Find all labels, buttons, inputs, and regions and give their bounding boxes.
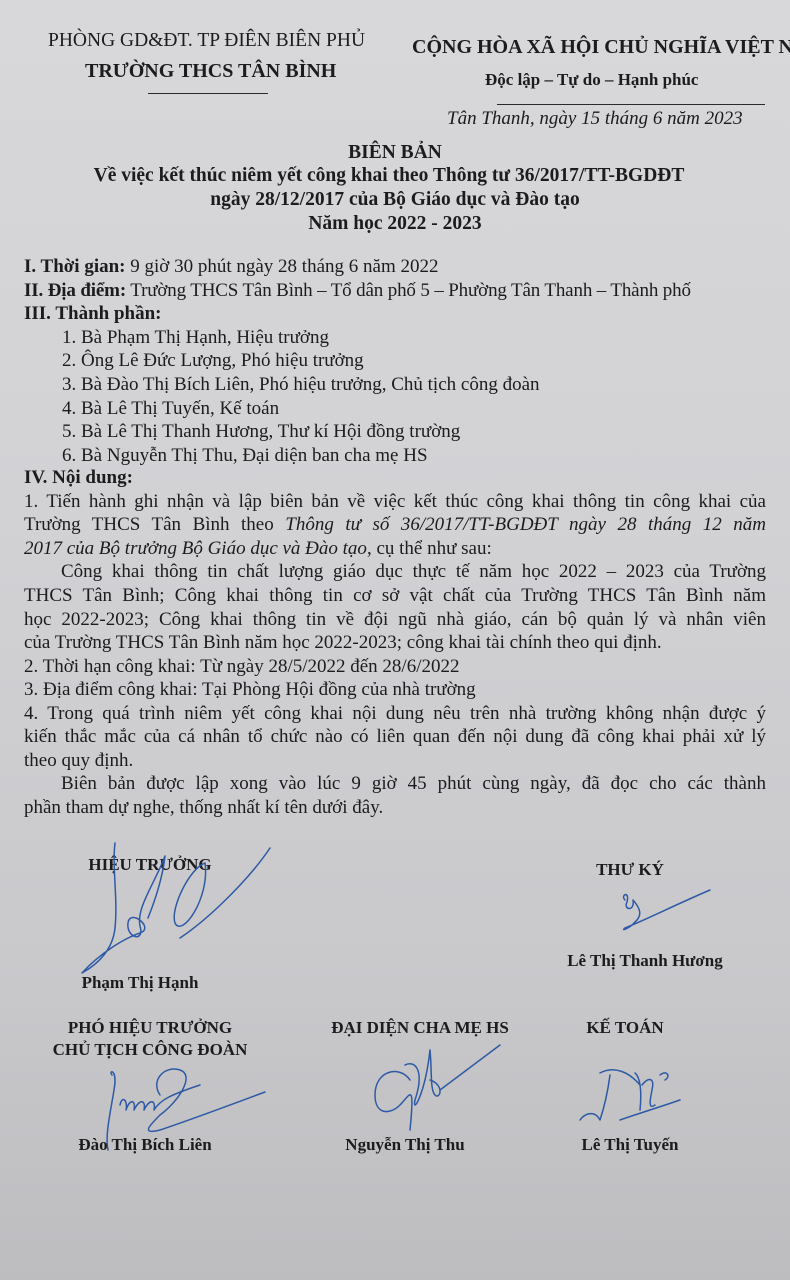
member-item: 2. Ông Lê Đức Lượng, Phó hiệu trưởng [62,350,364,372]
content-item-4-line: 4. Trong quá trình niêm yết công khai nộ… [24,703,766,725]
content-paragraph-2-line: THCS Tân Bình; Công khai thông tin cơ sở… [24,585,766,607]
member-item: 6. Bà Nguyễn Thị Thu, Đại diện ban cha m… [62,445,428,467]
secretary-signature [615,890,715,940]
content-paragraph-2-line: Công khai thông tin chất lượng giáo dục … [61,561,766,583]
parent-rep-signature [370,1040,520,1140]
department-name: PHÒNG GD&ĐT. TP ĐIÊN BIÊN PHỦ [48,30,365,52]
vice-principal-title-line-2: CHỦ TỊCH CÔNG ĐOÀN [20,1040,280,1060]
content-paragraph-1-line: 1. Tiến hành ghi nhận và lập biên bản về… [24,491,766,513]
content-paragraph-2-line: học 2022-2023; Công khai thông tin về độ… [24,609,766,631]
secretary-name: Lê Thị Thanh Hương [545,951,745,971]
circular-reference: Thông tư số 36/2017/TT-BGDĐT ngày 28 thá… [285,514,766,535]
section-time: I. Thời gian: 9 giờ 30 phút ngày 28 thán… [24,256,438,278]
principal-name: Phạm Thị Hạnh [60,973,220,993]
member-item: 1. Bà Phạm Thị Hạnh, Hiệu trưởng [62,327,329,349]
header-left-underline [148,93,268,94]
section-members-label: III. Thành phần: [24,303,162,325]
document-subject-date: ngày 28/12/2017 của Bộ Giáo dục và Đào t… [0,189,790,211]
member-item: 4. Bà Lê Thị Tuyến, Kế toán [62,398,279,420]
closing-line: phần tham dự nghe, thống nhất kí tên dướ… [24,797,766,819]
content-paragraph-1-line: 2017 của Bộ trưởng Bộ Giáo dục và Đào tạ… [24,538,766,560]
section-place-label: II. Địa điểm: [24,280,126,301]
closing-line: Biên bản được lập xong vào lúc 9 giờ 45 … [61,773,766,795]
principal-signature [70,838,280,983]
member-item: 3. Bà Đào Thị Bích Liên, Phó hiệu trưởng… [62,374,540,396]
section-content-label: IV. Nội dung: [24,467,133,489]
header-right-underline [497,104,765,105]
parent-rep-name: Nguyễn Thị Thu [320,1135,490,1155]
accountant-title: KẾ TOÁN [560,1018,690,1038]
place-date: Tân Thanh, ngày 15 tháng 6 năm 2023 [447,108,743,130]
content-paragraph-1-line: Trường THCS Tân Bình theo Thông tư số 36… [24,514,766,536]
national-motto: Độc lập – Tự do – Hạnh phúc [485,70,698,90]
accountant-name: Lê Thị Tuyến [555,1135,705,1155]
school-year: Năm học 2022 - 2023 [0,213,790,235]
content-item-3: 3. Địa điểm công khai: Tại Phòng Hội đồn… [24,679,476,701]
member-item: 5. Bà Lê Thị Thanh Hương, Thư kí Hội đồn… [62,421,460,443]
secretary-title: THƯ KÝ [560,860,700,880]
accountant-signature [580,1065,700,1125]
ministry-reference: 2017 của Bộ trưởng Bộ Giáo dục và Đào tạ… [24,538,367,559]
document-subject: Về việc kết thúc niêm yết công khai theo… [0,165,784,187]
section-place-value: Trường THCS Tân Bình – Tổ dân phố 5 – Ph… [126,280,691,301]
national-title: CỘNG HÒA XÃ HỘI CHỦ NGHĨA VIỆT NAM [412,36,790,59]
document-title: BIÊN BẢN [0,142,790,164]
section-place: II. Địa điểm: Trường THCS Tân Bình – Tổ … [24,280,691,302]
content-item-4-line: kiến thắc mắc của cá nhân tổ chức nào có… [24,726,766,748]
section-time-label: I. Thời gian: [24,256,126,277]
content-text: Trường THCS Tân Bình theo [24,514,285,535]
section-time-value: 9 giờ 30 phút ngày 28 tháng 6 năm 2022 [126,256,439,277]
vice-principal-name: Đào Thị Bích Liên [45,1135,245,1155]
document-page: PHÒNG GD&ĐT. TP ĐIÊN BIÊN PHỦ TRƯỜNG THC… [0,0,790,1280]
content-text: , cụ thể như sau: [367,538,492,559]
content-item-2: 2. Thời hạn công khai: Từ ngày 28/5/2022… [24,656,460,678]
parent-rep-title: ĐẠI DIỆN CHA MẸ HS [305,1018,535,1038]
content-item-4-line: theo quy định. [24,750,766,772]
vice-principal-title-line-1: PHÓ HIỆU TRƯỞNG [40,1018,260,1038]
content-paragraph-2-line: của Trường THCS Tân Bình năm học 2022-20… [24,632,766,654]
school-name: TRƯỜNG THCS TÂN BÌNH [85,60,336,83]
